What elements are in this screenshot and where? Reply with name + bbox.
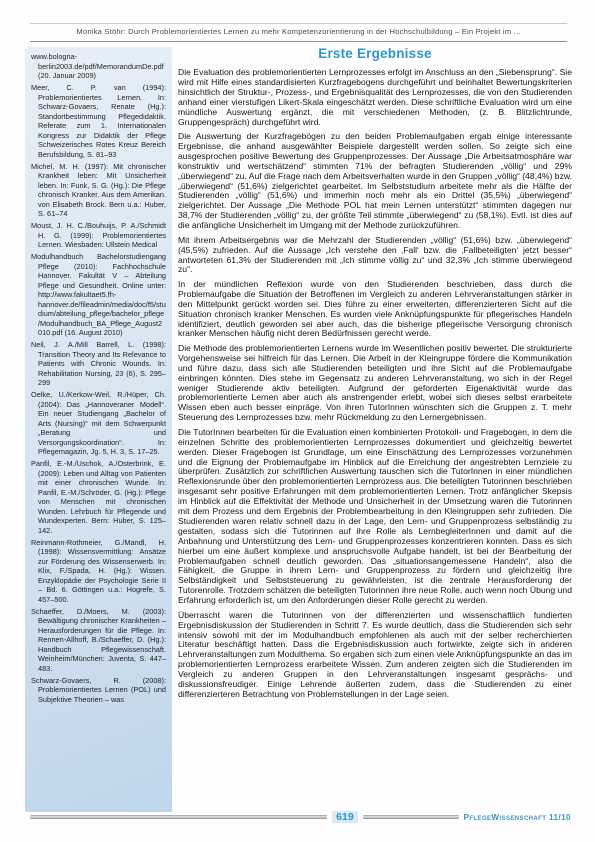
reference-item: Schwarz-Govaers, R. (2008): Problemorien… [31,676,166,705]
body-paragraph: Die Evaluation des problemorientierten L… [178,68,572,127]
body-paragraph: Die Methode des problemorientierten Lern… [178,344,572,423]
body-paragraph: In der mündlichen Reflexion wurde von de… [178,280,572,339]
reference-item: Reinmann-Rothmeier, G./Mandl, H. (1998):… [31,538,166,605]
body-paragraph: Die TutorInnen bearbeiten für die Evalua… [178,428,572,606]
reference-item: Oelke, U./Kerkow-Weil, R./Hüper, Ch. (20… [31,390,166,457]
footer-rule-left [30,815,327,819]
main-column: Erste Ergebnisse Die Evaluation des prob… [178,46,572,704]
references-sidebar: www.bologna-berlin2003.de/pdf/Memorandum… [25,47,172,812]
reference-item: Modulhandbuch Bachelorstudiengang Pflege… [31,252,166,338]
body-paragraph: Überrascht waren die Tutorinnen von der … [178,611,572,700]
body-paragraph: Mit ihrem Arbeitsergebnis war die Mehrza… [178,236,572,276]
reference-item: Moust, J. H. C./Bouhuijs, P. A./Schmidt … [31,221,166,250]
reference-item: Neil, J. A./Mill Barrell, L. (1998): Tra… [31,340,166,388]
reference-item: Meer, C. P. van (1994): Problemorientier… [31,83,166,159]
page-number: 619 [332,811,358,823]
running-head: Monika Stöhr: Durch Problemorientiertes … [30,23,567,42]
reference-item: Michel, M. H. (1997): Mit chronischer Kr… [31,162,166,219]
reference-item: Panfil, E.-M./Uschok, A./Osterbrink, E. … [31,459,166,535]
journal-page: Monika Stöhr: Durch Problemorientiertes … [0,0,595,842]
section-heading: Erste Ergebnisse [178,46,572,61]
footer-rule-right [363,815,459,819]
body-paragraph: Die Auswertung der Kurzfragebögen zu den… [178,132,572,231]
reference-item: Schaeffer, D./Moers, M. (2003): Bewältig… [31,607,166,674]
reference-item: www.bologna-berlin2003.de/pdf/Memorandum… [31,52,166,81]
page-footer: 619 PflegeWissenschaft 11/10 [30,811,571,823]
journal-name: PflegeWissenschaft 11/10 [464,813,571,822]
